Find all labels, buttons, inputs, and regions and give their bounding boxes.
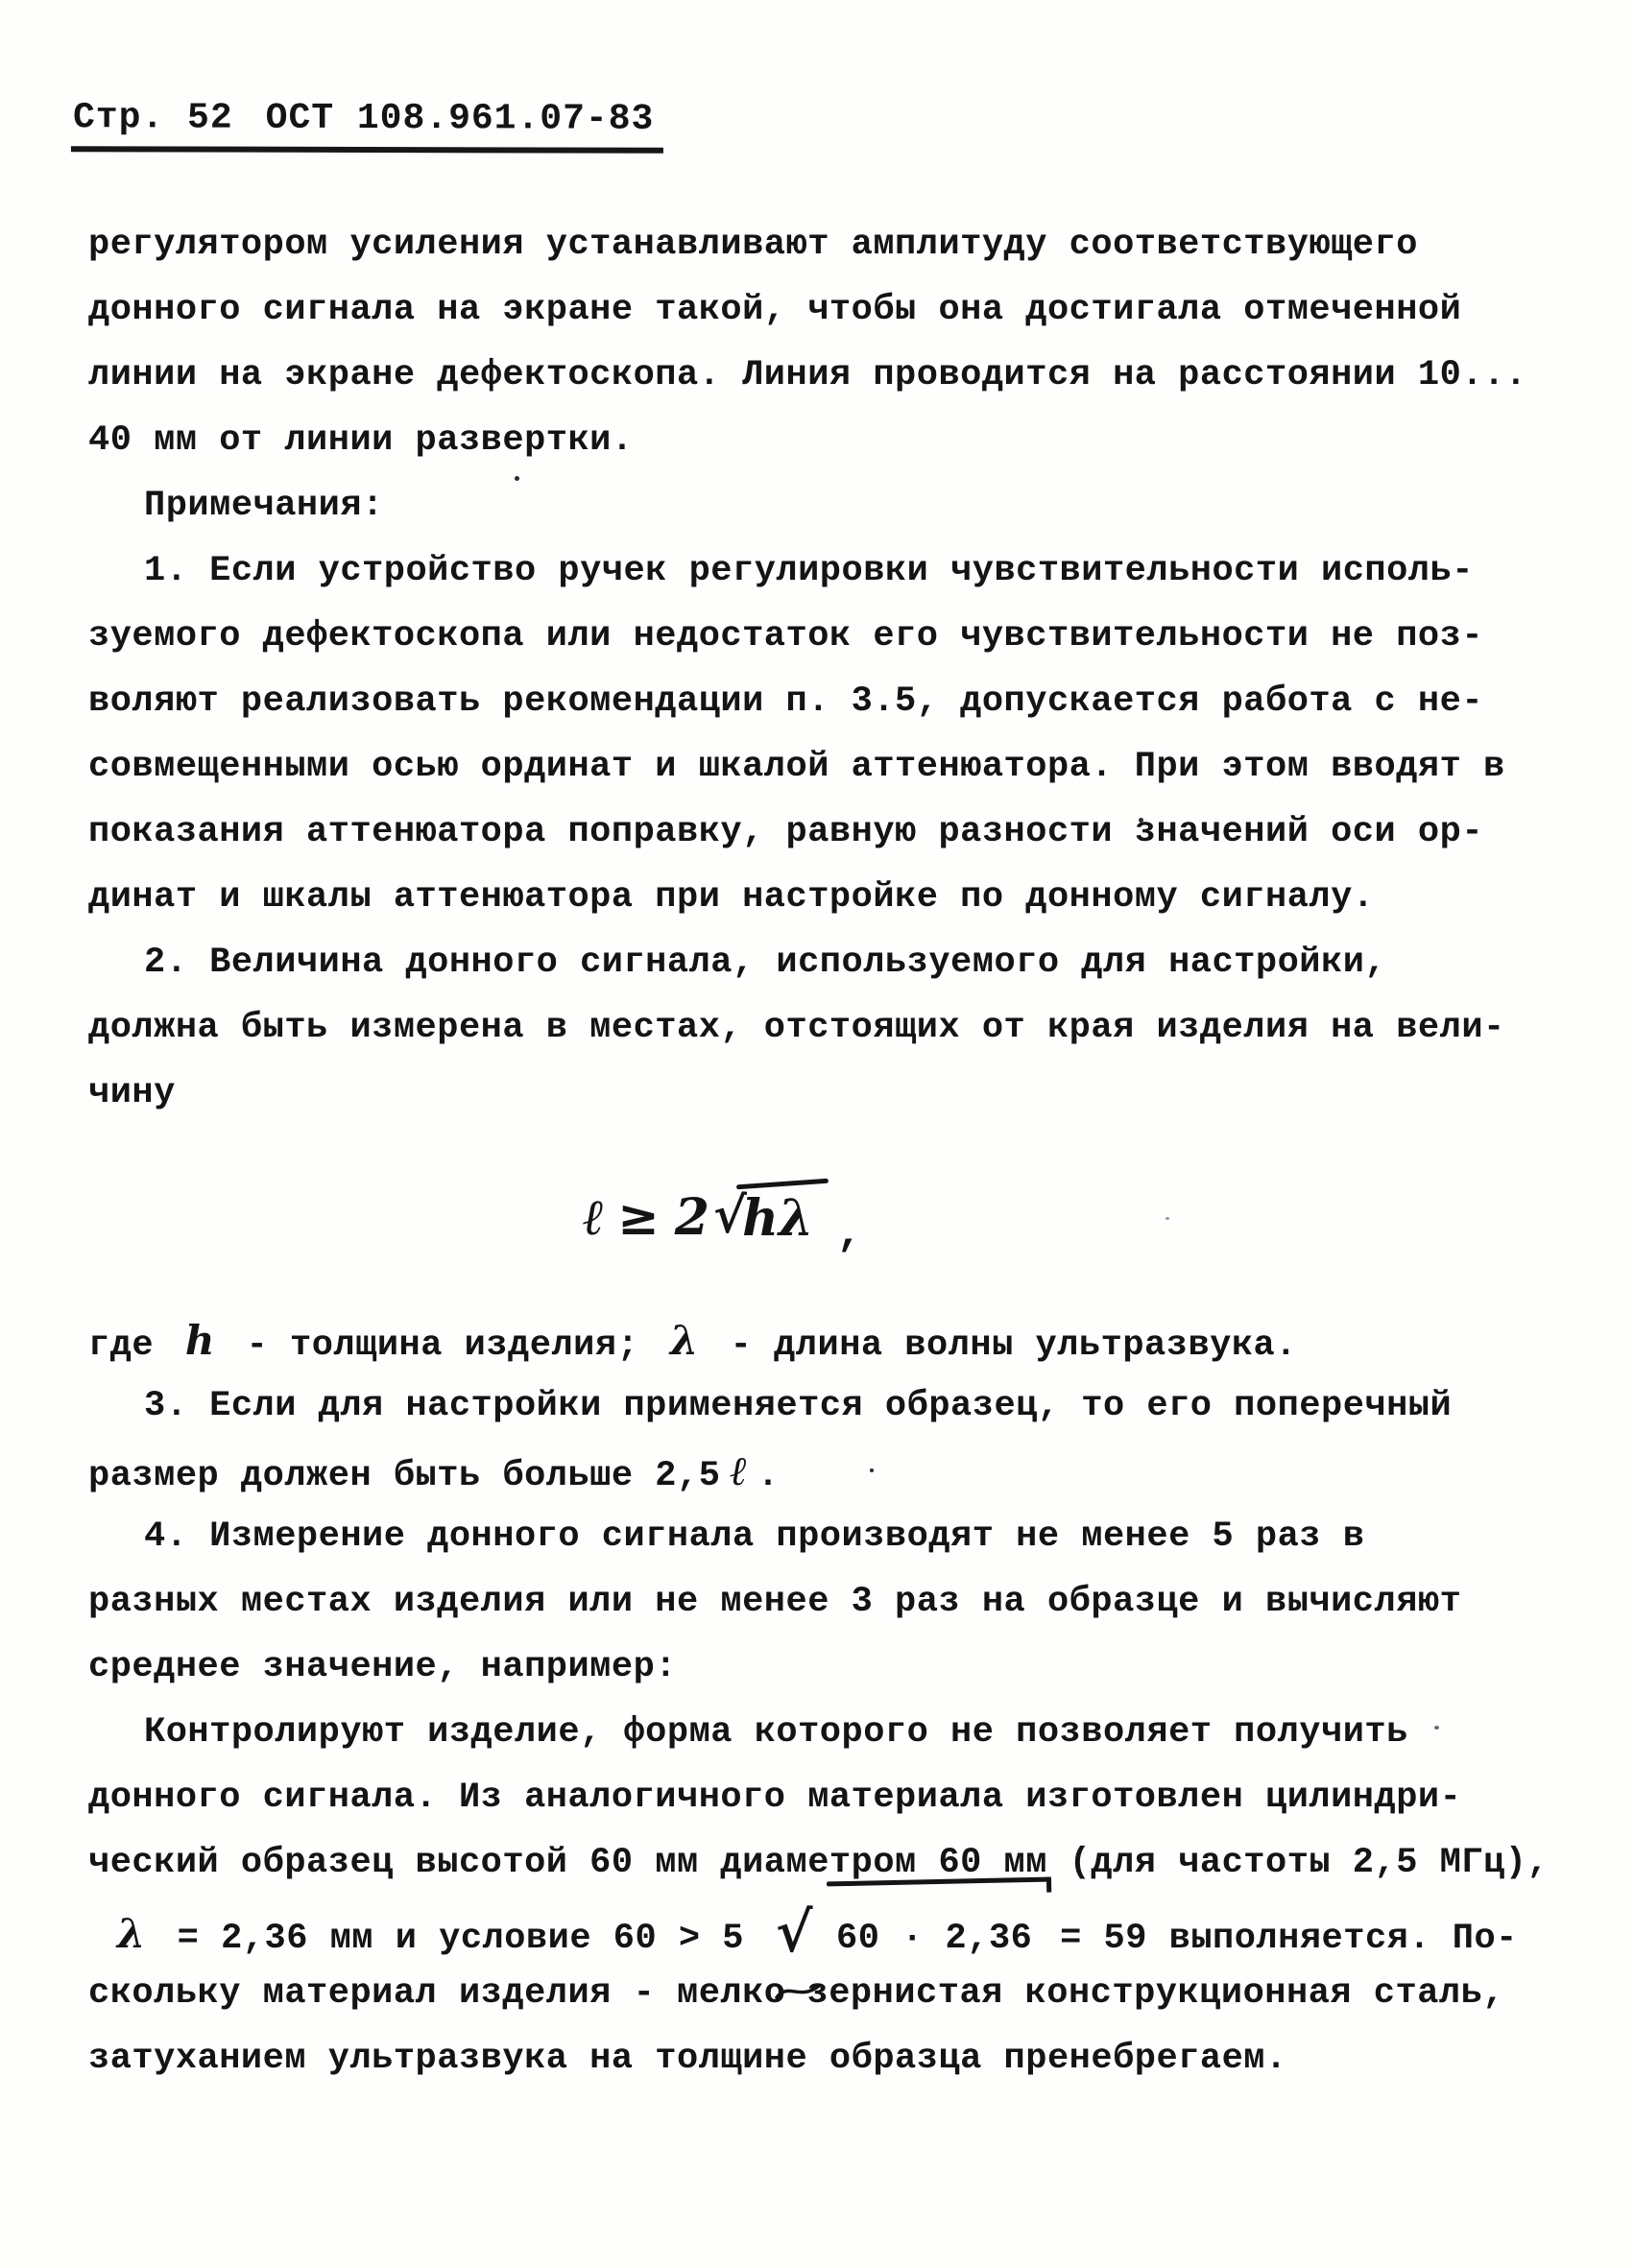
scan-speck [515, 476, 519, 481]
document-body: регулятором усиления устанавливают ампли… [88, 212, 1576, 2091]
text-line: разных местах изделия или не менее 3 раз… [88, 1569, 1576, 1635]
text-line: чину [88, 1061, 1576, 1126]
var-lambda: λ [108, 1910, 156, 1957]
text-line: регулятором усиления устанавливают ампли… [88, 212, 1576, 277]
where-line: где h - толщина изделия; λ - длина волны… [88, 1308, 1576, 1373]
text-line: воляют реализовать рекомендации п. 3.5, … [88, 669, 1576, 734]
var-ell: ℓ [720, 1447, 757, 1494]
page-header: Стр. 52ОСТ 108.961.07-83 [71, 97, 663, 154]
sqrt-sign: √ [775, 1899, 813, 1966]
var-h: h [176, 1317, 225, 1364]
radical-bar [736, 1178, 829, 1189]
text-line: совмещенными осью ординат и шкалой аттен… [88, 734, 1576, 800]
text-line: затуханием ультразвука на толщине образц… [88, 2026, 1576, 2091]
var-lambda: λ [661, 1317, 709, 1364]
note-2-line: 2. Величина донного сигнала, используемо… [88, 930, 1576, 995]
formula-radicand: hλ [738, 1187, 821, 1248]
page-number: Стр. 52 [73, 97, 233, 138]
lambda-condition-line: λ = 2,36 мм и условие 60 > 5 √ 60 · 2,36… [88, 1896, 1576, 1961]
formula-coefficient: 2 [675, 1188, 709, 1247]
note-4-line: 4. Измерение донного сигнала производят … [88, 1504, 1576, 1569]
greater-equal-sign: ≥ [617, 1188, 660, 1247]
text-line: среднее значение, например: [88, 1635, 1576, 1700]
formula-variable-ell: ℓ [583, 1188, 604, 1247]
note-3-line: 3. Если для настройки применяется образе… [88, 1373, 1576, 1439]
text-line: линии на экране дефектоскопа. Линия пров… [88, 343, 1576, 408]
displayed-formula: ℓ ≥ 2 √ hλ , [88, 1126, 1576, 1308]
text-line: динат и шкалы аттенюатора при настройке … [88, 865, 1576, 930]
scan-speck [1139, 818, 1143, 823]
note-1-line: 1. Если устройство ручек регулировки чув… [88, 538, 1576, 604]
scan-speck [870, 1468, 874, 1472]
notes-heading: Примечания: [88, 473, 1576, 538]
text-line: 40 мм от линии развертки. [88, 408, 1576, 473]
text-line: должна быть измерена в местах, отстоящих… [88, 995, 1576, 1061]
text-line: показания аттенюатора поправку, равную р… [88, 800, 1576, 865]
example-line: Контролируют изделие, форма которого не … [88, 1700, 1576, 1765]
text-line: зуемого дефектоскопа или недостаток его … [88, 604, 1576, 669]
scan-speck [1434, 1726, 1439, 1730]
size-line: размер должен быть больше 2,5ℓ. [88, 1439, 1576, 1504]
text-line: донного сигнала. Из аналогичного материа… [88, 1765, 1576, 1830]
doc-number: ОСТ 108.961.07-83 [266, 98, 655, 140]
document-page: Стр. 52ОСТ 108.961.07-83 регулятором уси… [0, 0, 1634, 2268]
text-line: донного сигнала на экране такой, чтобы о… [88, 277, 1576, 343]
scan-speck [1165, 1217, 1169, 1220]
radicand-60-236: 60 · 2,36 [830, 1906, 1038, 1971]
formula-comma: , [836, 1210, 861, 1258]
